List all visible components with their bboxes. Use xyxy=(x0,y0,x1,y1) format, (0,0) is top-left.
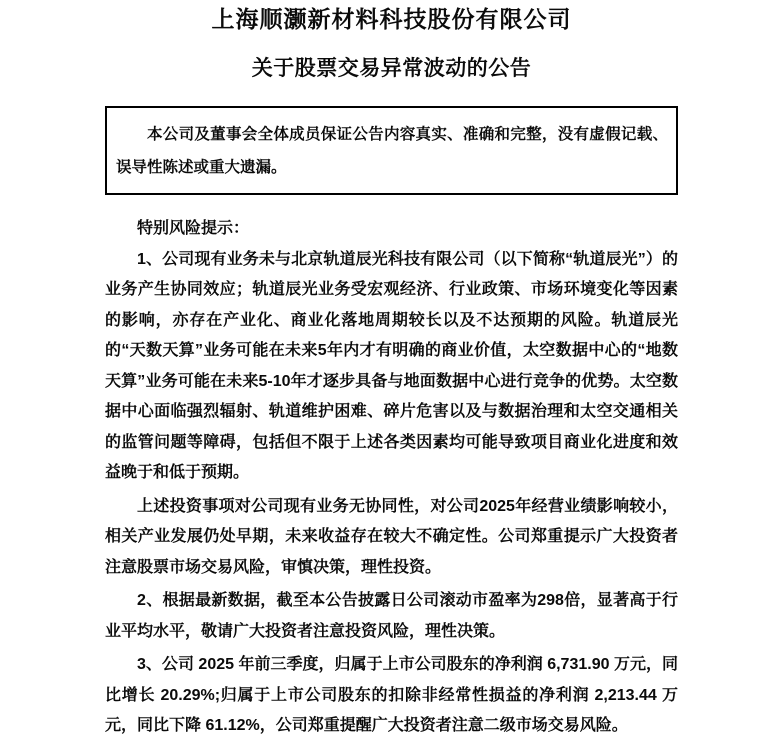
announcement-title: 关于股票交易异常波动的公告 xyxy=(105,56,678,82)
risk-paragraph-1: 1、公司现有业务未与北京轨道辰光科技有限公司（以下简称“轨道辰光”）的业务产生协… xyxy=(105,245,678,489)
risk-paragraph-3: 3、公司 2025 年前三季度，归属于上市公司股东的净利润 6,731.90 万… xyxy=(105,650,678,742)
board-declaration-text: 本公司及董事会全体成员保证公告内容真实、准确和完整，没有虚假记载、误导性陈述或重… xyxy=(116,118,668,184)
special-risk-heading: 特别风险提示： xyxy=(105,214,678,245)
company-name-title: 上海顺灏新材料科技股份有限公司 xyxy=(105,4,678,34)
risk-paragraph-1-continuation: 上述投资事项对公司现有业务无协同性，对公司2025年经营业绩影响较小，相关产业发… xyxy=(105,492,678,584)
board-declaration-box: 本公司及董事会全体成员保证公告内容真实、准确和完整，没有虚假记载、误导性陈述或重… xyxy=(105,106,678,195)
risk-paragraph-2: 2、根据最新数据，截至本公告披露日公司滚动市盈率为298倍，显著高于行业平均水平… xyxy=(105,586,678,647)
announcement-page: 上海顺灏新材料科技股份有限公司 关于股票交易异常波动的公告 本公司及董事会全体成… xyxy=(0,0,782,742)
